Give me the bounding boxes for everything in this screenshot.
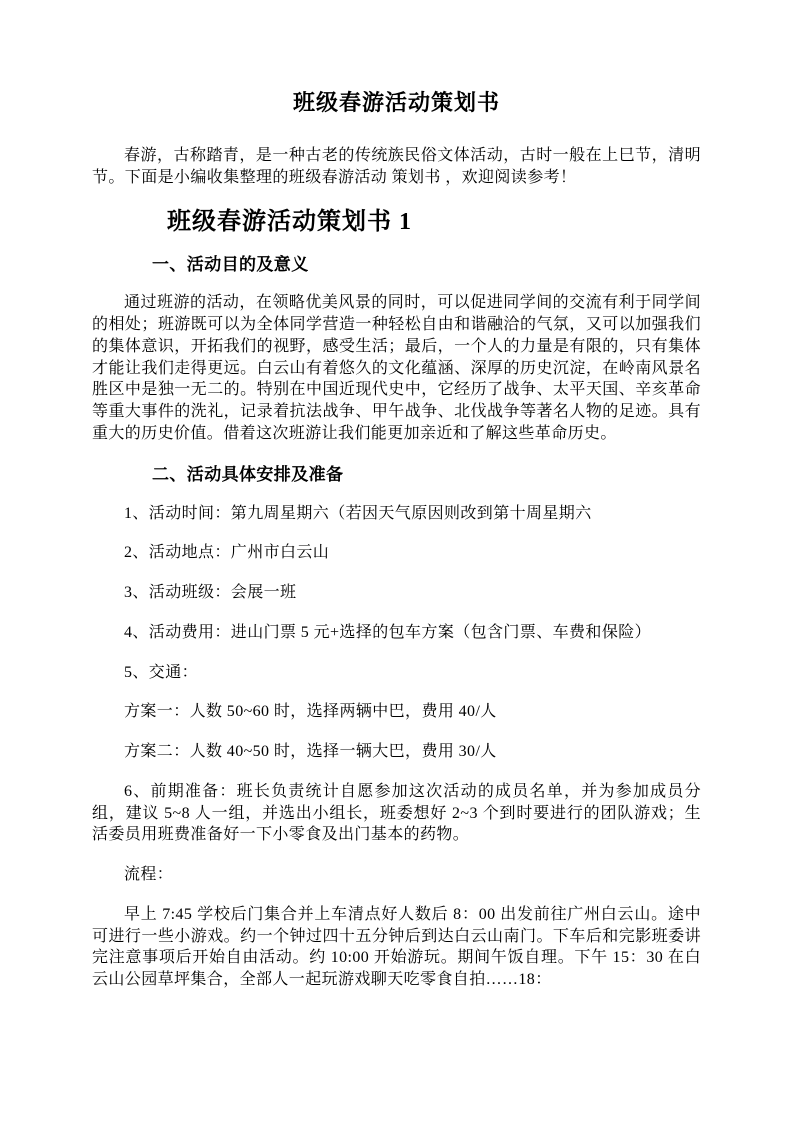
item-process-detail: 早上 7:45 学校后门集合并上车清点好人数后 8：00 出发前往广州白云山。途… (92, 904, 701, 991)
intro-paragraph: 春游，古称踏青，是一种古老的传统族民俗文体活动，古时一般在上巳节，清明节。下面是… (92, 145, 701, 189)
item-activity-cost: 4、活动费用：进山门票 5 元+选择的包车方案（包含门票、车费和保险） (92, 622, 701, 644)
item-preparation: 6、前期准备：班长负责统计自愿参加这次活动的成员名单，并为参加成员分组，建议 5… (92, 781, 701, 846)
item-transport-plan-1: 方案一：人数 50~60 时，选择两辆中巴，费用 40/人 (92, 701, 701, 723)
item-activity-time: 1、活动时间：第九周星期六（若因天气原因则改到第十周星期六 (92, 503, 701, 525)
section-heading-plan-1: 班级春游活动策划书 1 (92, 206, 701, 238)
item-process-label: 流程： (92, 864, 701, 886)
item-transport-plan-2: 方案二：人数 40~50 时，选择一辆大巴，费用 30/人 (92, 741, 701, 763)
item-transport: 5、交通： (92, 662, 701, 684)
document-page: 班级春游活动策划书 春游，古称踏青，是一种古老的传统族民俗文体活动，古时一般在上… (0, 0, 793, 1122)
subsection-heading-purpose: 一、活动目的及意义 (92, 253, 701, 277)
item-activity-place: 2、活动地点：广州市白云山 (92, 542, 701, 564)
subsection-heading-arrangement: 二、活动具体安排及准备 (92, 463, 701, 487)
purpose-paragraph: 通过班游的活动，在领略优美风景的同时，可以促进同学间的交流有利于同学间的相处；班… (92, 292, 701, 444)
item-activity-class: 3、活动班级：会展一班 (92, 582, 701, 604)
document-title: 班级春游活动策划书 (92, 88, 701, 119)
